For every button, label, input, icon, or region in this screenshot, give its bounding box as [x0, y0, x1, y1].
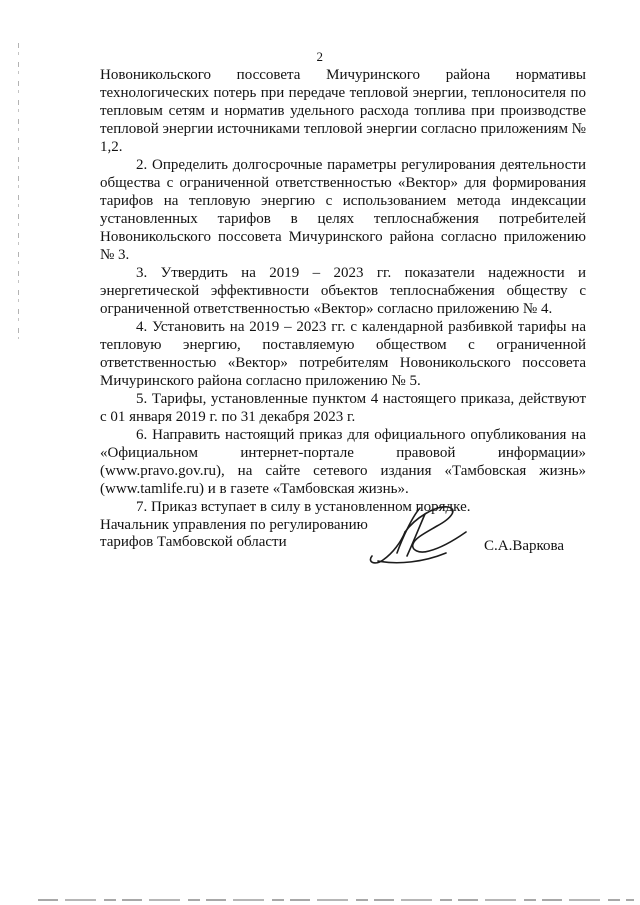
scan-artifact-bottom-line: [38, 899, 634, 901]
paragraph-item-2: 2. Определить долгосрочные параметры рег…: [100, 156, 586, 264]
document-page: 2 Новоникольского поссовета Мичуринского…: [0, 0, 640, 905]
paragraph-continuation: Новоникольского поссовета Мичуринского р…: [100, 66, 586, 156]
paragraph-item-7: 7. Приказ вступает в силу в установленно…: [100, 498, 586, 516]
scan-artifact-vertical-line: [18, 43, 19, 339]
paragraph-item-3: 3. Утвердить на 2019 – 2023 гг. показате…: [100, 264, 586, 318]
signature-block: Начальник управления по регулированию та…: [100, 517, 586, 597]
paragraph-item-4: 4. Установить на 2019 – 2023 гг. с кален…: [100, 318, 586, 390]
signer-title: Начальник управления по регулированию та…: [100, 517, 380, 551]
paragraph-item-5: 5. Тарифы, установленные пунктом 4 насто…: [100, 390, 586, 426]
handwritten-signature-icon: [366, 503, 474, 567]
page-number: 2: [0, 49, 640, 65]
signer-title-line1: Начальник управления по регулированию: [100, 517, 380, 534]
paragraph-item-6: 6. Направить настоящий приказ для официа…: [100, 426, 586, 498]
signer-name: С.А.Варкова: [484, 538, 564, 555]
signer-title-line2: тарифов Тамбовской области: [100, 534, 380, 551]
document-body: Новоникольского поссовета Мичуринского р…: [100, 66, 586, 516]
